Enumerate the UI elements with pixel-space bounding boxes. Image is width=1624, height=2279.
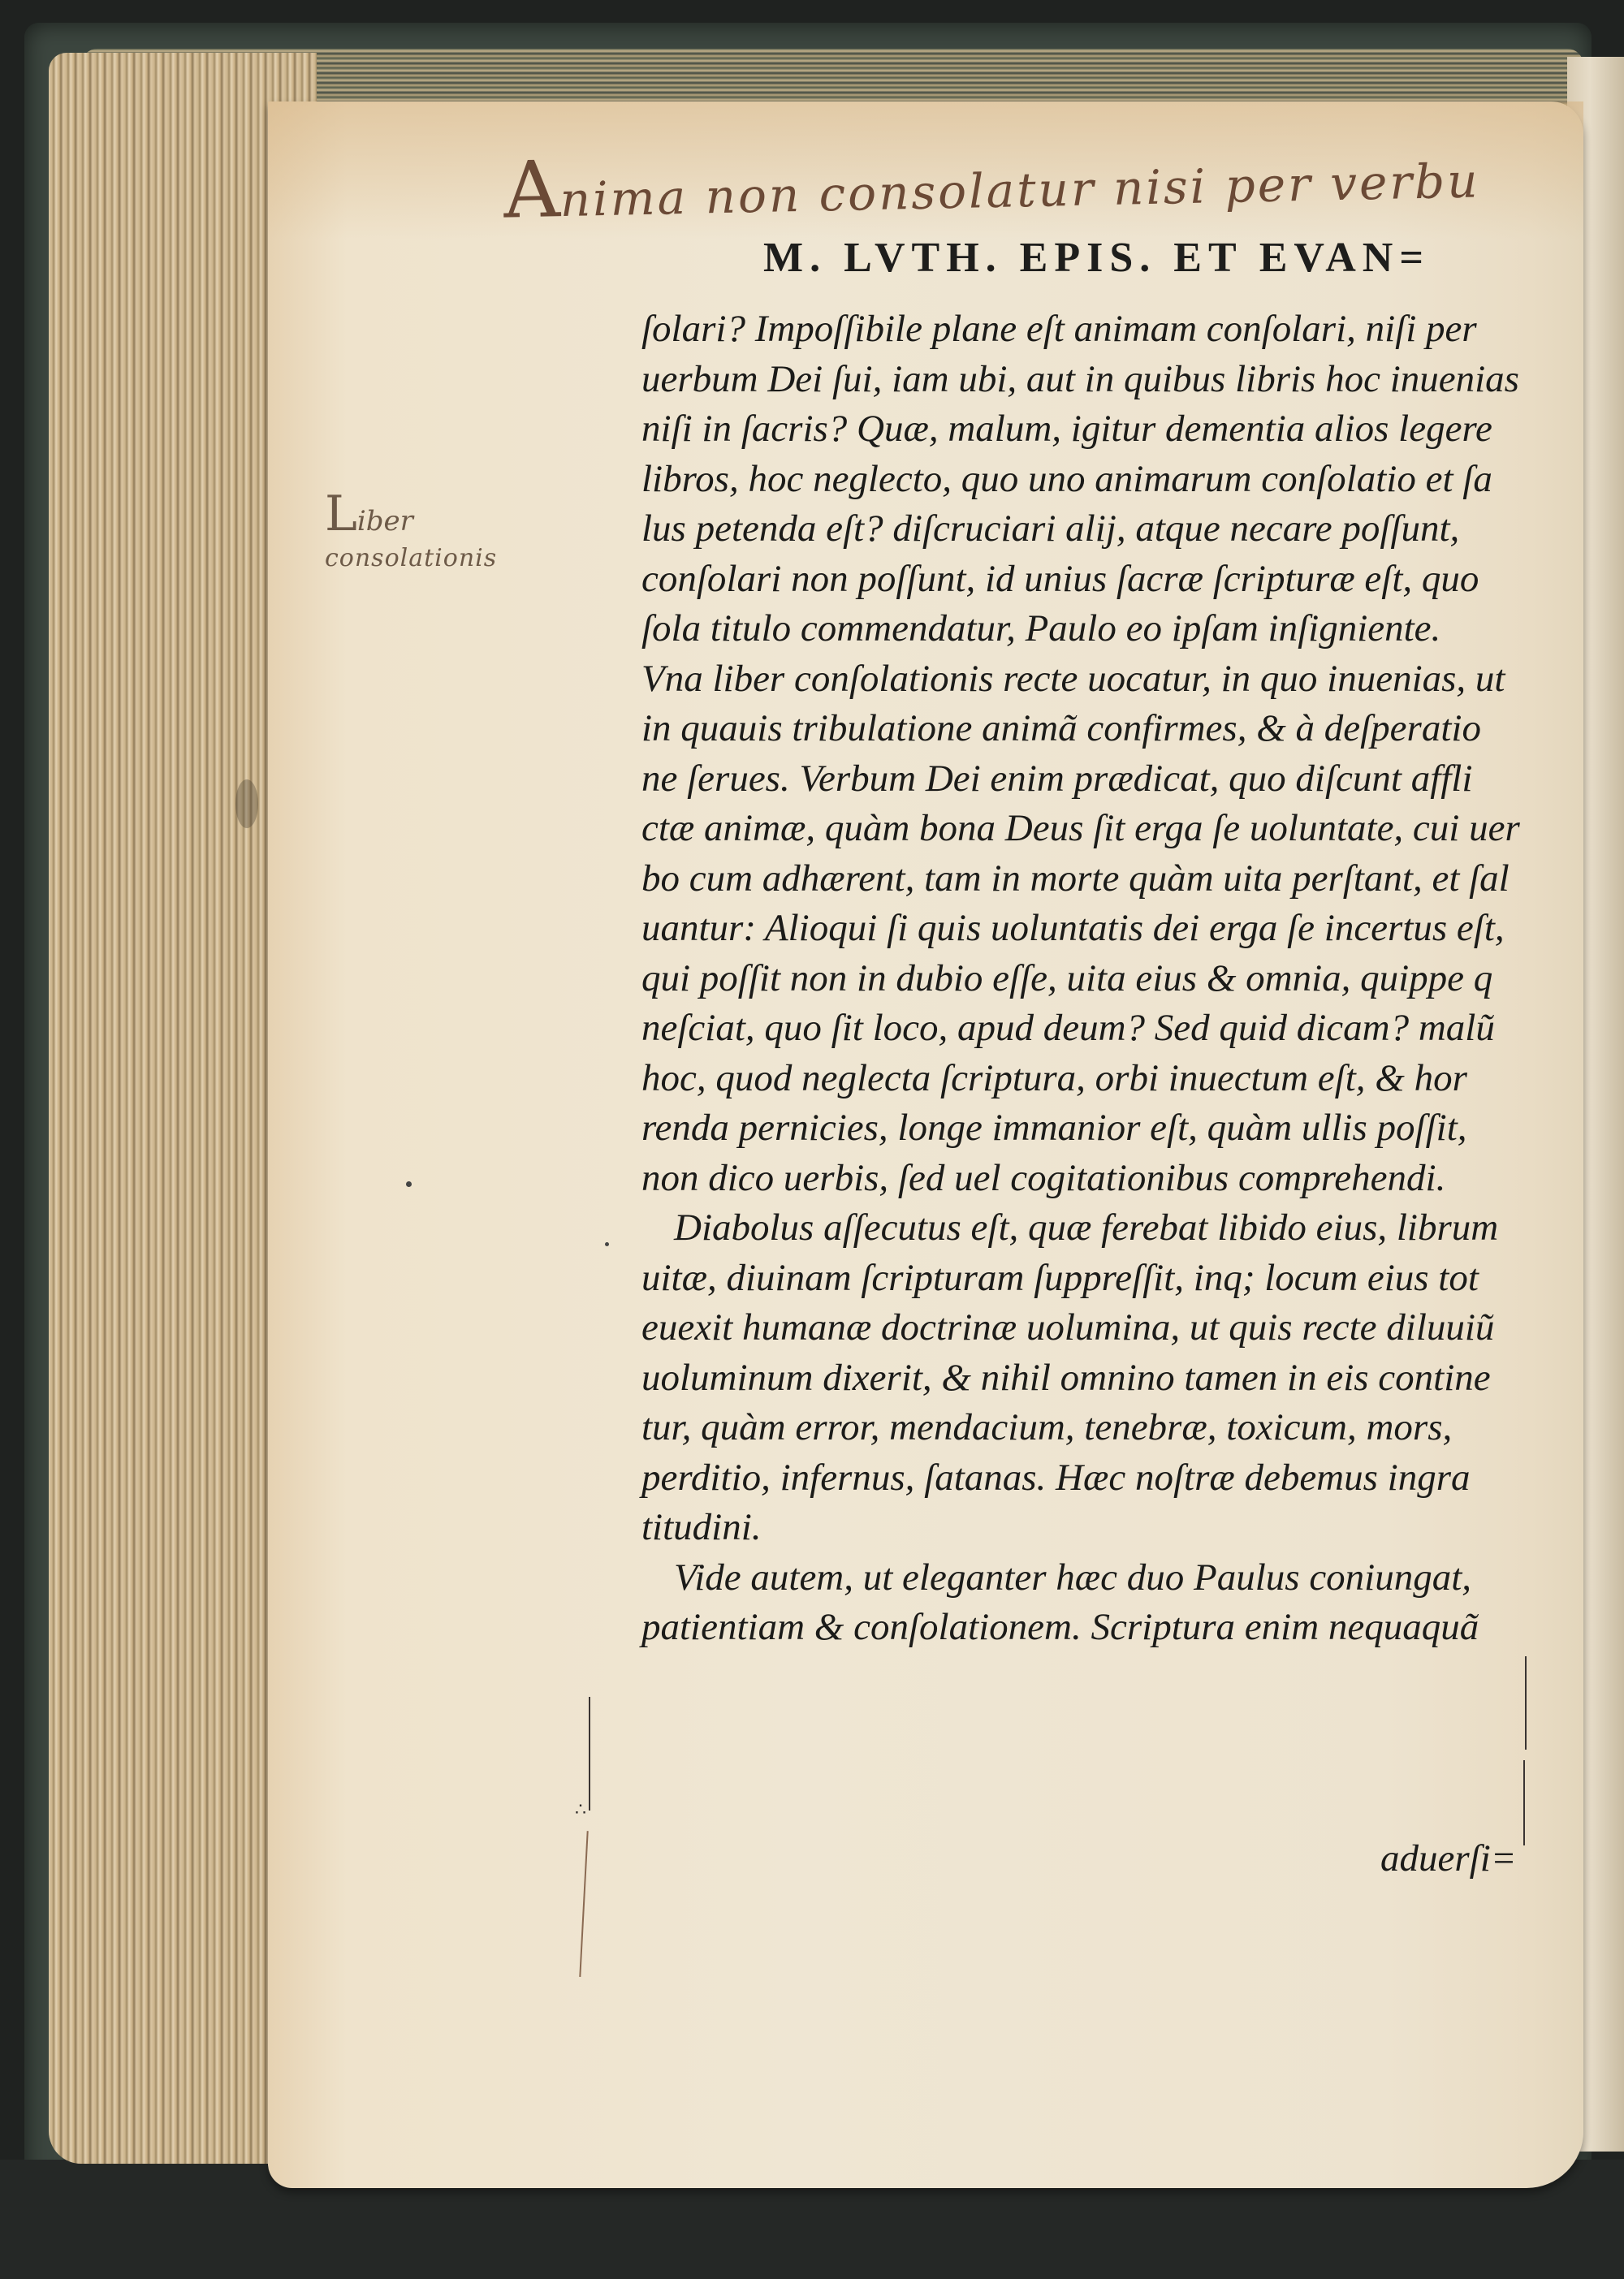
text-line: libros, hoc neglecto, quo uno animarum c… bbox=[641, 455, 1543, 505]
margin-note-line-1: iber bbox=[357, 505, 413, 537]
margin-note: Liber consolationis bbox=[325, 495, 497, 577]
ink-speck bbox=[605, 1242, 609, 1246]
text-line: patientiam & conſolationem. Scriptura en… bbox=[641, 1603, 1543, 1653]
text-line: in quauis tribulatione animã confirmes, … bbox=[641, 704, 1543, 754]
margin-bracket-left bbox=[589, 1697, 590, 1811]
margin-bracket-right-lower bbox=[1523, 1760, 1525, 1845]
catchword: aduerſi= bbox=[1380, 1837, 1516, 1880]
paragraph-start-line: Vide autem, ut eleganter hæc duo Paulus … bbox=[641, 1553, 1543, 1604]
running-head: M. LVTH. EPIS. ET EVAN= bbox=[763, 234, 1430, 282]
margin-note-initial: L bbox=[325, 486, 357, 542]
margin-note-line-2: consolationis bbox=[325, 540, 497, 577]
text-line: titudini. bbox=[641, 1503, 1543, 1553]
text-line: uantur: Alioqui ſi quis uoluntatis dei e… bbox=[641, 904, 1543, 954]
margin-bracket-right-top bbox=[1525, 1656, 1527, 1689]
margin-bracket-right bbox=[1525, 1685, 1527, 1750]
handwritten-heading-text: nima non consolatur nisi per verbu bbox=[559, 153, 1480, 227]
text-line: ſolari? Impoſſibile plane eſt animam con… bbox=[641, 304, 1543, 355]
text-line: conſolari non poſſunt, id unius ſacræ ſc… bbox=[641, 555, 1543, 605]
text-line: lus petenda eſt? diſcruciari alij, atque… bbox=[641, 504, 1543, 555]
text-line: tur, quàm error, mendacium, tenebræ, tox… bbox=[641, 1403, 1543, 1453]
body-text: ſolari? Impoſſibile plane eſt animam con… bbox=[641, 304, 1543, 1653]
text-line: perditio, infernus, ſatanas. Hæc noſtræ … bbox=[641, 1453, 1543, 1504]
text-line: qui poſſit non in dubio eſſe, uita eius … bbox=[641, 954, 1543, 1004]
text-line: renda pernicies, longe immanior eſt, quà… bbox=[641, 1103, 1543, 1154]
margin-dots-icon: ∴ bbox=[575, 1806, 586, 1815]
text-line: neſciat, quo ſit loco, apud deum? Sed qu… bbox=[641, 1004, 1543, 1054]
page-shadow-mark bbox=[235, 779, 258, 828]
text-line: euexit humanæ doctrinæ uolumina, ut quis… bbox=[641, 1303, 1543, 1353]
paragraph-start-line: Diabolus aſſecutus eſt, quæ ferebat libi… bbox=[641, 1203, 1543, 1254]
text-line: non dico uerbis, ſed uel cogitationibus … bbox=[641, 1154, 1543, 1204]
text-line: uitæ, diuinam ſcripturam ſuppreſſit, inq… bbox=[641, 1254, 1543, 1304]
handwritten-initial: A bbox=[503, 144, 561, 235]
text-line: ſola titulo commendatur, Paulo eo ipſam … bbox=[641, 604, 1543, 654]
ink-speck bbox=[406, 1181, 412, 1187]
text-line: ne ſerues. Verbum Dei enim prædicat, quo… bbox=[641, 754, 1543, 805]
text-line: niſi in ſacris? Quæ, malum, igitur demen… bbox=[641, 404, 1543, 455]
text-line: Vna liber conſolationis recte uocatur, i… bbox=[641, 654, 1543, 705]
text-line: uerbum Dei ſui, iam ubi, aut in quibus l… bbox=[641, 355, 1543, 405]
text-line: hoc, quod neglecta ſcriptura, orbi inuec… bbox=[641, 1054, 1543, 1104]
text-line: ctæ animæ, quàm bona Deus ſit erga ſe uo… bbox=[641, 804, 1543, 854]
text-line: bo cum adhærent, tam in morte quàm uita … bbox=[641, 854, 1543, 904]
text-line: uoluminum dixerit, & nihil omnino tamen … bbox=[641, 1353, 1543, 1404]
